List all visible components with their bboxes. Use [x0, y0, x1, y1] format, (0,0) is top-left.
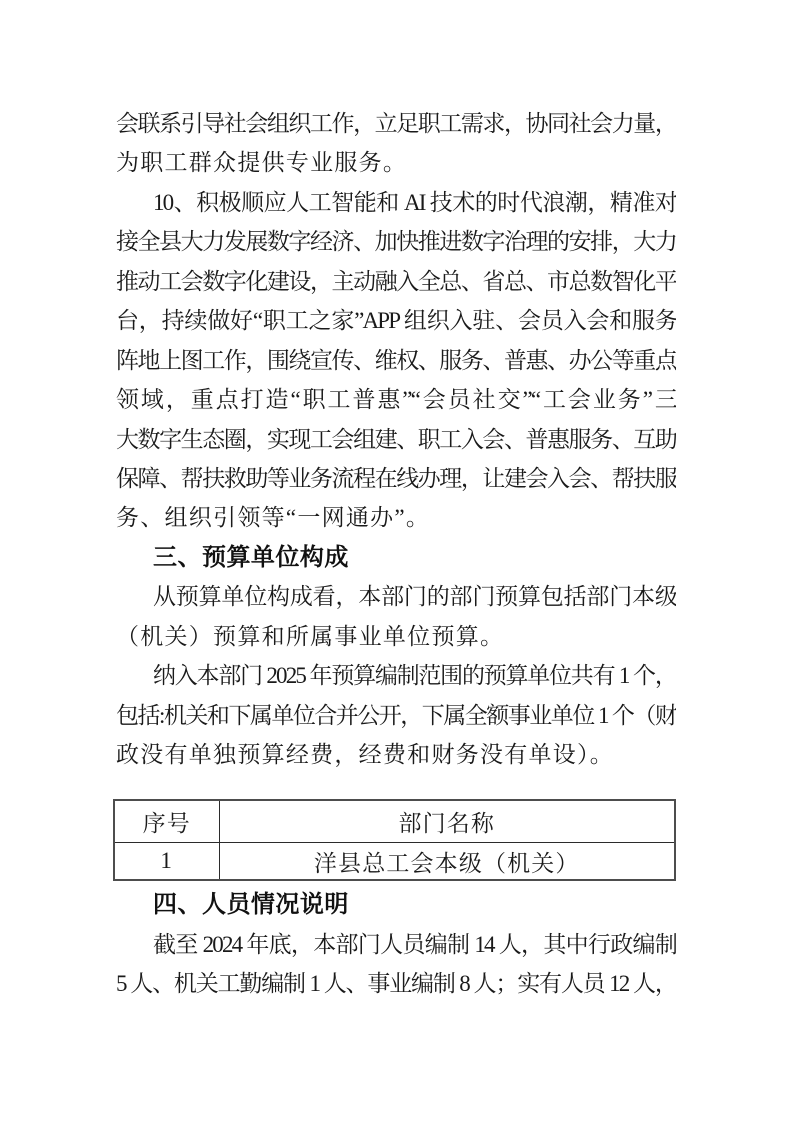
table-header-index: 序号 [114, 800, 219, 842]
section-3-heading: 三、预算单位构成 [116, 538, 676, 577]
text-line: 接全县大力发展数字经济、加快推进数字治理的安排，大力 [116, 222, 676, 261]
text-line: 务、组织引领等“一网通办”。 [116, 498, 676, 537]
text-line: 会联系引导社会组织工作，立足职工需求，协同社会力量， [116, 104, 676, 143]
text-line: 保障、帮扶救助等业务流程在线办理，让建会入会、帮扶服 [116, 459, 676, 498]
text-line: 5 人、机关工勤编制 1 人、事业编制 8 人；实有人员 12 人， [116, 964, 676, 1003]
text-line: 截至 2024 年底，本部门人员编制 14 人，其中行政编制 [116, 925, 676, 964]
text-line: （机关）预算和所属事业单位预算。 [116, 617, 676, 656]
document-page: 会联系引导社会组织工作，立足职工需求，协同社会力量， 为职工群众提供专业服务。 … [0, 0, 793, 1122]
text-line: 阵地上图工作，围绕宣传、维权、服务、普惠、办公等重点 [116, 341, 676, 380]
text-line: 为职工群众提供专业服务。 [116, 143, 676, 182]
text-line: 包括:机关和下属单位合并公开，下属全额事业单位 1 个（财 [116, 696, 676, 735]
text-line: 政没有单独预算经费，经费和财务没有单设）。 [116, 735, 676, 774]
text-line: 从预算单位构成看，本部门的部门预算包括部门本级 [116, 577, 676, 616]
text-line: 推动工会数字化建设，主动融入全总、省总、市总数智化平 [116, 262, 676, 301]
text-line: 领域，重点打造“职工普惠”“会员社交”“工会业务”三 [116, 380, 676, 419]
section-4-heading: 四、人员情况说明 [116, 885, 676, 924]
table-header-row: 序号 部门名称 [114, 800, 675, 842]
text-line: 纳入本部门 2025 年预算编制范围的预算单位共有 1 个， [116, 656, 676, 695]
text-line: 10、积极顺应人工智能和 AI 技术的时代浪潮，精准对 [116, 183, 676, 222]
table-header-department-name: 部门名称 [219, 800, 675, 842]
table-cell-index: 1 [114, 842, 219, 880]
table-row: 1 洋县总工会本级（机关） [114, 842, 675, 880]
budget-units-table: 序号 部门名称 1 洋县总工会本级（机关） [113, 799, 676, 881]
text-line: 大数字生态圈，实现工会组建、职工入会、普惠服务、互助 [116, 420, 676, 459]
text-line: 台，持续做好“职工之家”APP 组织入驻、会员入会和服务 [116, 301, 676, 340]
page-body: 会联系引导社会组织工作，立足职工需求，协同社会力量， 为职工群众提供专业服务。 … [116, 104, 676, 1004]
table-cell-department-name: 洋县总工会本级（机关） [219, 842, 675, 880]
